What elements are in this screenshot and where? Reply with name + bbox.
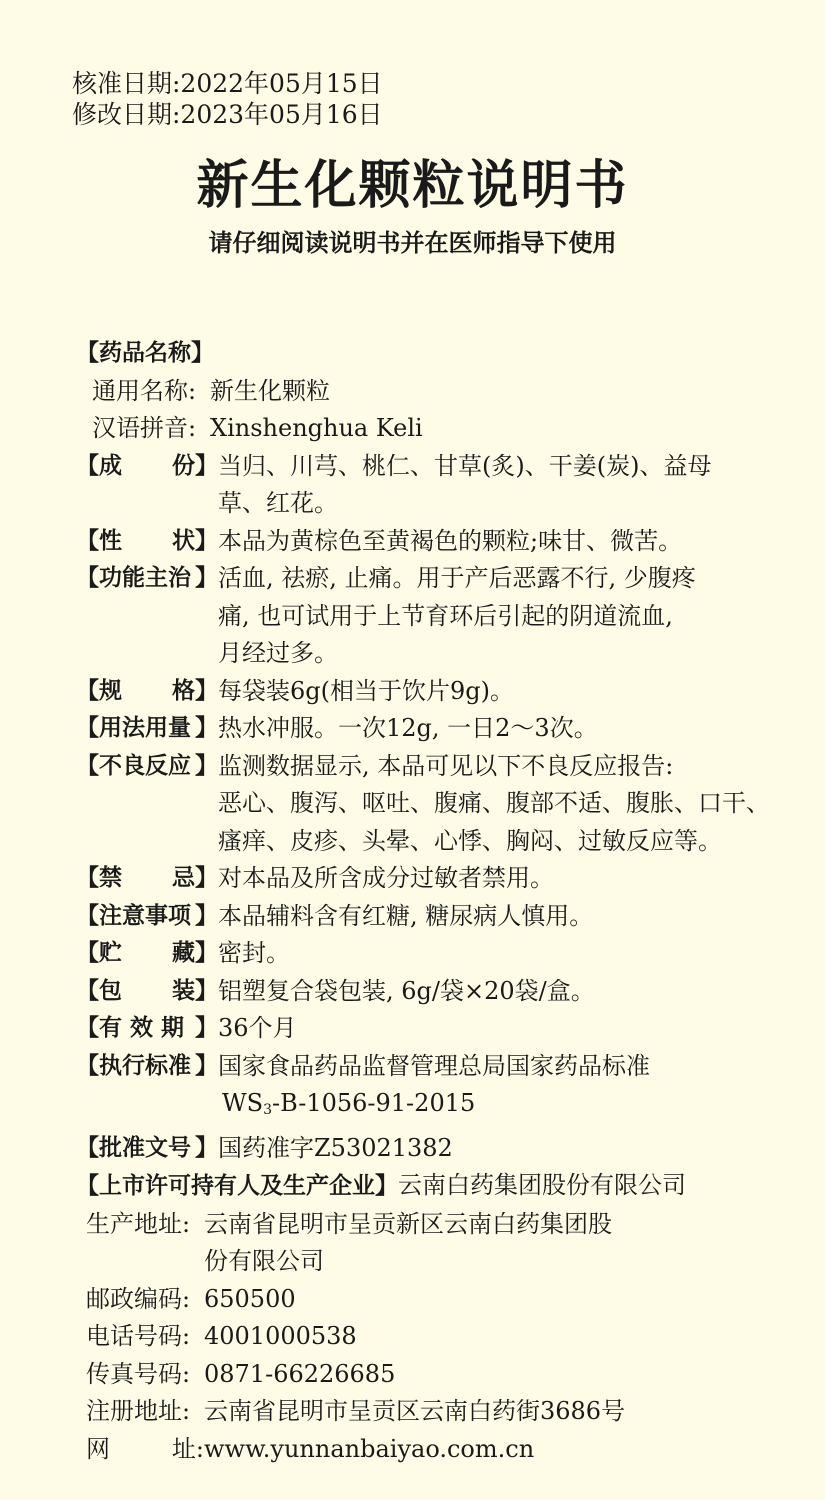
leaflet-body: 【药品名称】 通用名称: 新生化颗粒 汉语拼音: Xinshenghua Kel… [76, 335, 816, 1468]
website-link[interactable]: www.yunnanbaiyao.com.cn [204, 1431, 816, 1469]
section-adverse-reactions: 【不良反应】 监测数据显示, 本品可见以下不良反应报告: 恶心、腹泻、呕吐、腹痛… [76, 748, 816, 861]
section-storage: 【贮藏】 密封。 [76, 935, 816, 973]
section-specification: 【规格】 每袋装6g(相当于饮片9g)。 [76, 673, 816, 711]
section-value: 密封。 [218, 935, 816, 973]
section-value: 热水冲服。一次12g, 一日2～3次。 [218, 710, 816, 748]
section-label: 【贮藏】 [76, 935, 218, 973]
section-contraindications: 【禁忌】 对本品及所含成分过敏者禁用。 [76, 860, 816, 898]
section-label: 【包装】 [76, 973, 218, 1011]
section-label: 【用法用量】 [76, 710, 218, 748]
page-subtitle: 请仔细阅读说明书并在医师指导下使用 [0, 226, 825, 260]
section-standard: 【执行标准】 国家食品药品监督管理总局国家药品标准 [76, 1048, 816, 1086]
generic-name-row: 通用名称: 新生化颗粒 [76, 373, 816, 411]
dates-block: 核准日期:2022年05月15日 修改日期:2023年05月16日 [72, 68, 383, 130]
mah-row: 【上市许可持有人及生产企业】云南白药集团股份有限公司 [76, 1167, 816, 1206]
section-label: 【有 效 期】 [76, 1010, 218, 1048]
section-precautions: 【注意事项】 本品辅料含有红糖, 糖尿病人慎用。 [76, 898, 816, 936]
section-value: 本品辅料含有红糖, 糖尿病人慎用。 [218, 898, 816, 936]
contact-postcode: 邮政编码: 650500 [76, 1281, 816, 1319]
pinyin-row: 汉语拼音: Xinshenghua Keli [76, 410, 816, 448]
section-label: 【功能主治】 [76, 560, 218, 598]
contact-registered-address: 注册地址: 云南省昆明市呈贡区云南白药街3686号 [76, 1393, 816, 1431]
section-value: 本品为黄棕色至黄褐色的颗粒;味甘、微苦。 [218, 523, 816, 561]
section-value: 当归、川芎、桃仁、甘草(炙)、干姜(炭)、益母 草、红花。 [218, 448, 816, 523]
section-value: 铝塑复合袋包装, 6g/袋×20袋/盒。 [218, 973, 816, 1011]
contact-website: 网址: www.yunnanbaiyao.com.cn [76, 1431, 816, 1469]
section-value: 国药准字Z53021382 [218, 1130, 816, 1168]
generic-name-value: 新生化颗粒 [210, 373, 816, 411]
section-label: 【规格】 [76, 673, 218, 711]
drug-name-heading: 【药品名称】 [76, 335, 816, 373]
section-packaging: 【包装】 铝塑复合袋包装, 6g/袋×20袋/盒。 [76, 973, 816, 1011]
generic-name-label: 通用名称: [92, 373, 210, 411]
mah-heading: 【上市许可持有人及生产企业】 [76, 1173, 398, 1199]
section-shelf-life: 【有 效 期】 36个月 [76, 1010, 816, 1048]
contact-phone: 电话号码: 4001000538 [76, 1318, 816, 1356]
section-value: 36个月 [218, 1010, 816, 1048]
mah-company: 云南白药集团股份有限公司 [398, 1171, 686, 1199]
section-dosage: 【用法用量】 热水冲服。一次12g, 一日2～3次。 [76, 710, 816, 748]
section-value: 国家食品药品监督管理总局国家药品标准 [218, 1048, 816, 1086]
section-approval-number: 【批准文号】 国药准字Z53021382 [76, 1130, 816, 1168]
section-value: 活血, 祛瘀, 止痛。用于产后恶露不行, 少腹疼 痛, 也可试用于上节育环后引起… [218, 560, 816, 673]
contact-fax: 传真号码: 0871-66226685 [76, 1356, 816, 1394]
section-label: 【禁忌】 [76, 860, 218, 898]
standard-code: WS3-B-1056-91-2015 [76, 1085, 816, 1130]
contact-address: 生产地址: 云南省昆明市呈贡新区云南白药集团股 份有限公司 [76, 1206, 816, 1281]
pinyin-value: Xinshenghua Keli [210, 410, 816, 448]
section-value: 每袋装6g(相当于饮片9g)。 [218, 673, 816, 711]
section-label: 【不良反应】 [76, 748, 218, 786]
revision-date: 修改日期:2023年05月16日 [72, 99, 383, 130]
section-label: 【成份】 [76, 448, 218, 486]
section-value: 监测数据显示, 本品可见以下不良反应报告: 恶心、腹泻、呕吐、腹痛、腹部不适、腹… [218, 748, 816, 861]
approval-date: 核准日期:2022年05月15日 [72, 68, 383, 99]
section-label: 【注意事项】 [76, 898, 218, 936]
section-label: 【执行标准】 [76, 1048, 218, 1086]
page-title: 新生化颗粒说明书 [0, 155, 825, 217]
section-label: 【性状】 [76, 523, 218, 561]
section-appearance: 【性状】 本品为黄棕色至黄褐色的颗粒;味甘、微苦。 [76, 523, 816, 561]
pinyin-label: 汉语拼音: [92, 410, 210, 448]
section-label: 【批准文号】 [76, 1130, 218, 1168]
section-indications: 【功能主治】 活血, 祛瘀, 止痛。用于产后恶露不行, 少腹疼 痛, 也可试用于… [76, 560, 816, 673]
section-value: 对本品及所含成分过敏者禁用。 [218, 860, 816, 898]
section-ingredients: 【成份】 当归、川芎、桃仁、甘草(炙)、干姜(炭)、益母 草、红花。 [76, 448, 816, 523]
